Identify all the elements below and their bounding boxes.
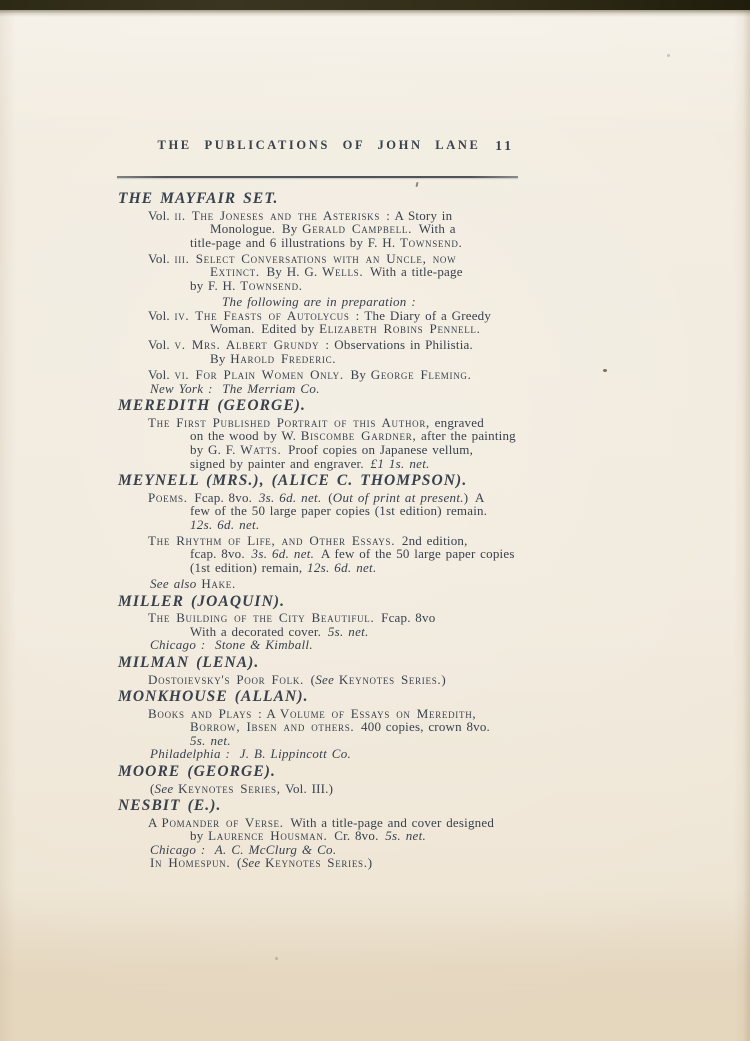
text-segment-rm: Vol.	[148, 308, 175, 323]
section-heading: MOORE (GEORGE).	[118, 764, 538, 780]
text-segment-rm: Vol.	[148, 208, 175, 223]
catalog-line: (1st edition) remain, 12s. 6d. net.	[190, 561, 538, 575]
text-segment-sc: George Fleming.	[371, 367, 472, 382]
text-segment-sc: Keynotes Series.	[339, 672, 442, 687]
catalog-sections: THE MAYFAIR SET.Vol. ii. The Joneses and…	[118, 191, 538, 870]
catalog-line: by G. F. Watts. Proof copies on Japanese…	[190, 443, 538, 457]
section-heading: MILMAN (LENA).	[118, 655, 538, 671]
text-segment-rm: By	[344, 367, 371, 382]
text-segment-rm: title-page and 6 illustrations by F. H.	[190, 235, 400, 250]
text-segment-sc: Keynotes Series.	[265, 855, 368, 870]
catalog-line: Poems. Fcap. 8vo. 3s. 6d. net. (Out of p…	[148, 491, 538, 505]
text-segment-it: Chicago : Stone & Kimball.	[150, 637, 313, 652]
text-segment-sc: Townsend.	[400, 235, 463, 250]
book-top-edge	[0, 0, 750, 10]
catalog-line: Chicago : A. C. McClurg & Co.	[150, 843, 538, 857]
text-segment-rm: )	[368, 855, 373, 870]
text-segment-sc: Wells.	[322, 264, 363, 279]
catalog-section: MEREDITH (GEORGE).The First Published Po…	[118, 398, 538, 470]
catalog-line: By Harold Frederic.	[210, 352, 538, 366]
text-segment-rm: Woman. Edited by	[210, 321, 319, 336]
catalog-line: Vol. vi. For Plain Women Only. By George…	[148, 368, 538, 382]
text-segment-it: £1 1s. net.	[371, 456, 430, 471]
text-segment-rm: Vol. III.)	[281, 781, 334, 796]
catalog-line: The First Published Portrait of this Aut…	[148, 416, 538, 430]
text-segment-rm: Vol.	[148, 337, 175, 352]
text-segment-rm: By	[210, 351, 230, 366]
catalog-line: title-page and 6 illustrations by F. H. …	[190, 236, 538, 250]
text-segment-it: 5s. net.	[328, 624, 369, 639]
catalog-line: A Pomander of Verse. With a title-page a…	[148, 816, 538, 830]
text-segment-it: See also	[150, 576, 201, 591]
text-segment-rm: A	[148, 815, 162, 830]
catalog-line: fcap. 8vo. 3s. 6d. net. A few of the 50 …	[190, 547, 538, 561]
catalog-line: 5s. net.	[190, 734, 538, 748]
text-segment-it: New York : The Merriam Co.	[150, 381, 320, 396]
catalog-line: The Rhythm of Life, and Other Essays. 2n…	[148, 534, 538, 548]
catalog-line: by Laurence Housman. Cr. 8vo. 5s. net.	[190, 829, 538, 843]
text-segment-rm: (1st edition) remain,	[190, 560, 307, 575]
catalog-line: The following are in preparation :	[222, 295, 538, 309]
catalog-line: Woman. Edited by Elizabeth Robins Pennel…	[210, 322, 538, 336]
text-segment-sc: Townsend.	[240, 278, 303, 293]
catalog-line: 12s. 6d. net.	[190, 518, 538, 532]
catalog-line: (See Keynotes Series, Vol. III.)	[150, 782, 538, 796]
catalog-line: Chicago : Stone & Kimball.	[150, 638, 538, 652]
catalog-section: MOORE (GEORGE).(See Keynotes Series, Vol…	[118, 764, 538, 795]
text-segment-rm: Vol.	[148, 251, 175, 266]
catalog-line: New York : The Merriam Co.	[150, 382, 538, 396]
text-segment-sc: Poems.	[148, 490, 188, 505]
catalog-line: The Building of the City Beautiful. Fcap…	[148, 611, 538, 625]
header-rule	[117, 176, 518, 178]
catalog-line: Vol. iv. The Feasts of Autolycus : The D…	[148, 309, 538, 323]
text-segment-rm: Observations in Philistia.	[330, 337, 473, 352]
text-segment-sc: Keynotes Series,	[178, 781, 281, 796]
text-segment-rm: by F. H.	[190, 278, 240, 293]
catalog-line: Borrow, Ibsen and others. 400 copies, cr…	[190, 720, 538, 734]
catalog-line: See also Hake.	[150, 577, 538, 591]
text-segment-rm: 400 copies, crown 8vo.	[354, 719, 490, 734]
catalog-section: MEYNELL (MRS.), (ALICE C. THOMPSON).Poem…	[118, 473, 538, 591]
text-segment-sc: In Homespun.	[150, 855, 230, 870]
catalog-line: In Homespun. (See Keynotes Series.)	[150, 856, 538, 870]
catalog-line: signed by painter and engraver. £1 1s. n…	[190, 457, 538, 471]
text-segment-sc: Dostoievsky's Poor Folk.	[148, 672, 304, 687]
text-segment-rm: (	[304, 672, 315, 687]
text-segment-it: 12s. 6d. net.	[307, 560, 377, 575]
catalog-line: With a decorated cover. 5s. net.	[190, 625, 538, 639]
paper-speck	[275, 957, 278, 960]
text-segment-it: 12s. 6d. net.	[190, 517, 260, 532]
text-segment-rm: (	[230, 855, 241, 870]
catalog-line: on the wood by W. Biscombe Gardner, afte…	[190, 429, 538, 443]
text-segment-rm: With a title-page	[363, 264, 462, 279]
section-heading: MEYNELL (MRS.), (ALICE C. THOMPSON).	[118, 473, 538, 489]
running-head-title: THE PUBLICATIONS OF JOHN LANE	[158, 138, 481, 153]
catalog-line: by F. H. Townsend.	[190, 279, 538, 293]
catalog-line: Vol. iii. Select Conversations with an U…	[148, 252, 538, 266]
catalog-line: Monologue. By Gerald Campbell. With a	[210, 222, 538, 236]
running-head: THE PUBLICATIONS OF JOHN LANE 11	[118, 138, 520, 156]
text-segment-it: See	[155, 781, 174, 796]
text-segment-sc: Hake.	[201, 576, 236, 591]
catalog-line: Extinct. By H. G. Wells. With a title-pa…	[210, 265, 538, 279]
text-segment-sc: Elizabeth Robins Pennell.	[319, 321, 480, 336]
text-segment-it: Philadelphia : J. B. Lippincott Co.	[150, 746, 351, 761]
text-segment-rm: signed by painter and engraver.	[190, 456, 371, 471]
paper-speck	[667, 54, 670, 57]
text-segment-rm: )	[441, 672, 446, 687]
section-heading: MILLER (JOAQUIN).	[118, 594, 538, 610]
page-number: 11	[495, 138, 514, 154]
text-segment-sc: Harold Frederic.	[230, 351, 336, 366]
paper-speck	[603, 369, 607, 372]
catalog-line: Vol. v. Mrs. Albert Grundy : Observation…	[148, 338, 538, 352]
catalog-section: MILLER (JOAQUIN).The Building of the Cit…	[118, 594, 538, 652]
section-heading: NESBIT (E.).	[118, 798, 538, 814]
catalog-section: NESBIT (E.).A Pomander of Verse. With a …	[118, 798, 538, 870]
catalog-section: THE MAYFAIR SET.Vol. ii. The Joneses and…	[118, 191, 538, 395]
section-heading: MONKHOUSE (ALLAN).	[118, 689, 538, 705]
section-heading: THE MAYFAIR SET.	[118, 191, 538, 207]
catalog-line: Dostoievsky's Poor Folk. (See Keynotes S…	[148, 673, 538, 687]
catalog-line: Vol. ii. The Joneses and the Asterisks :…	[148, 209, 538, 223]
catalog-line: Philadelphia : J. B. Lippincott Co.	[150, 747, 538, 761]
text-segment-it: See	[315, 672, 334, 687]
scanned-book-page: THE PUBLICATIONS OF JOHN LANE 11 THE MAY…	[0, 0, 750, 1041]
catalog-section: MONKHOUSE (ALLAN).Books and Plays : A Vo…	[118, 689, 538, 761]
section-heading: MEREDITH (GEORGE).	[118, 398, 538, 414]
catalog-line: few of the 50 large paper copies (1st ed…	[190, 504, 538, 518]
text-segment-it: 5s. net.	[385, 828, 426, 843]
catalog-section: MILMAN (LENA).Dostoievsky's Poor Folk. (…	[118, 655, 538, 686]
text-segment-rm: Fcap. 8vo	[374, 610, 435, 625]
catalog-line: Books and Plays : A Volume of Essays on …	[148, 707, 538, 721]
text-segment-it: See	[242, 855, 261, 870]
